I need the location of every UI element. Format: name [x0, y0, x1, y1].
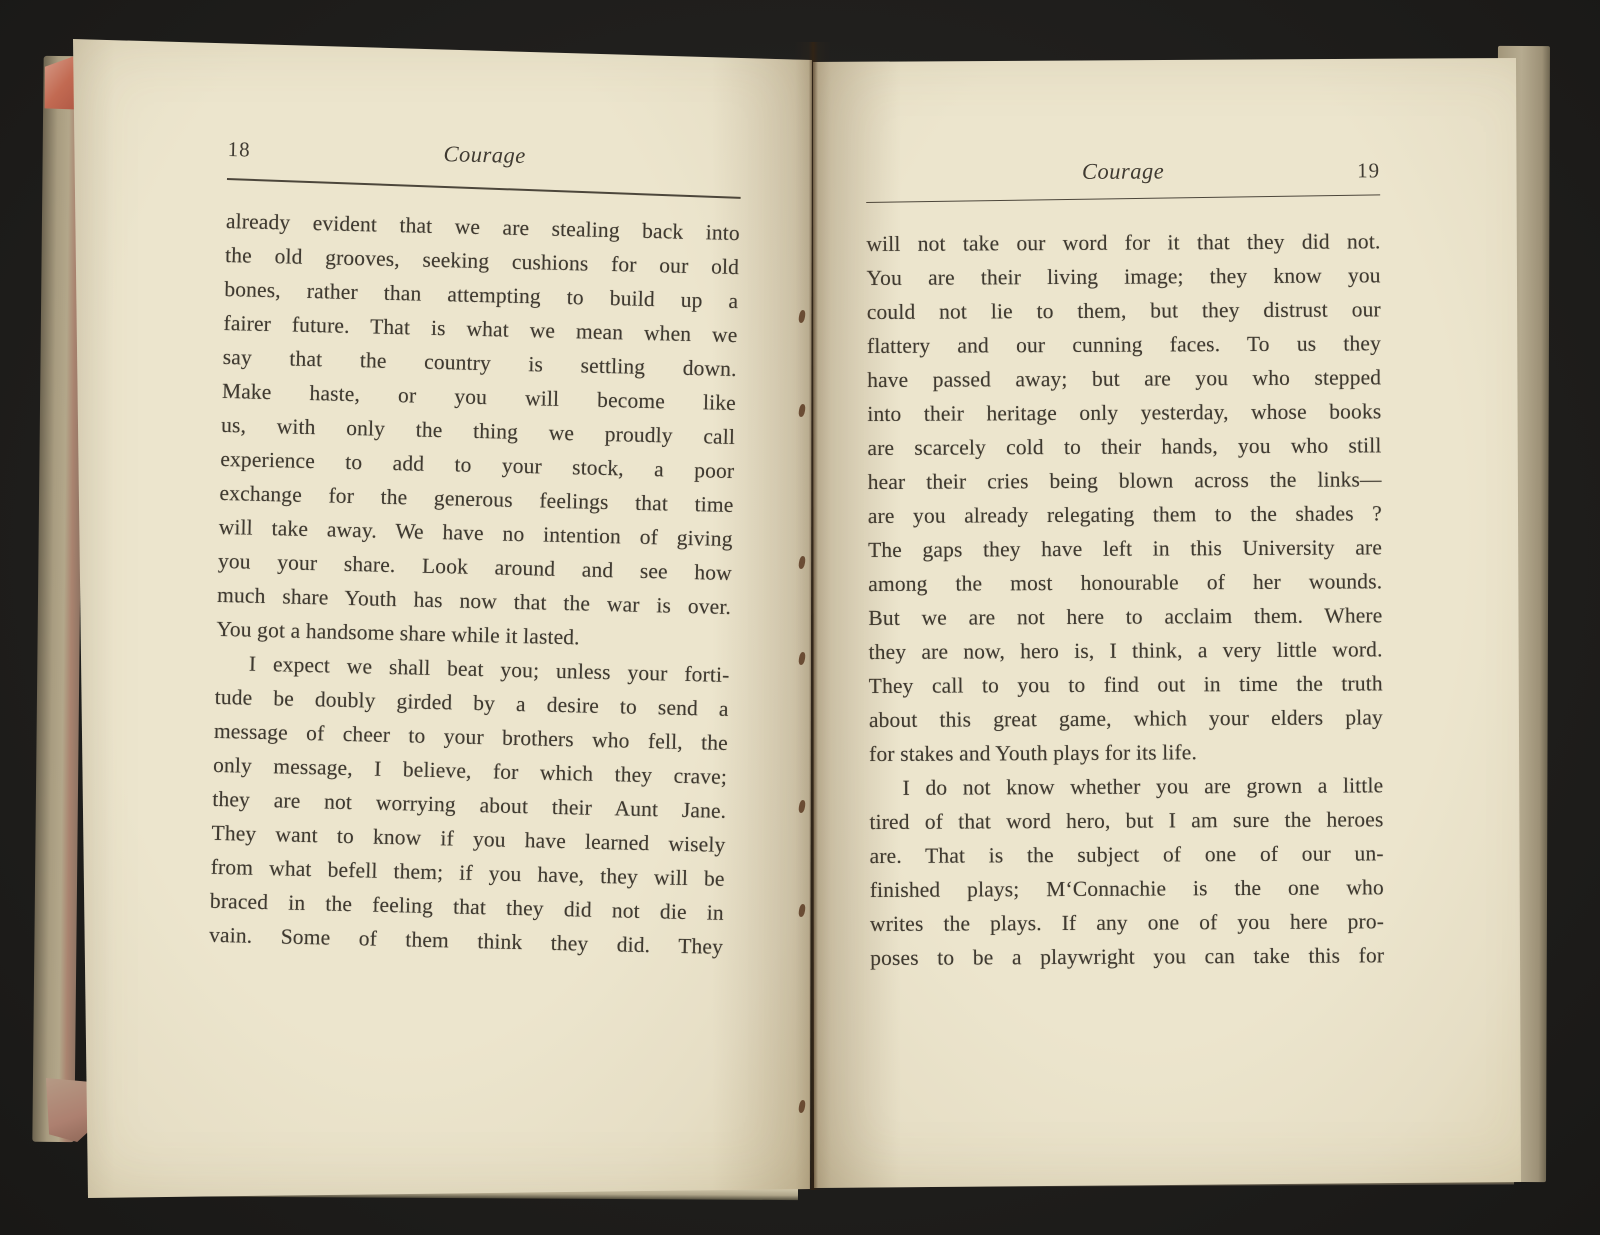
text-line: have passed away; but are you who steppe…: [867, 360, 1381, 397]
text-line: will not take our word for it that they …: [866, 224, 1380, 261]
text-line: You are their living image; they know yo…: [867, 258, 1381, 295]
text-line: The gaps they have left in this Universi…: [868, 530, 1382, 567]
text-line: into their heritage only yesterday, whos…: [867, 394, 1381, 431]
left-page-content: 18 Courage already evident that we are s…: [209, 136, 742, 964]
text-line: They call to you to find out in time the…: [869, 666, 1383, 703]
text-line: tired of that word hero, but I am sure t…: [869, 802, 1383, 839]
text-line: flattery and our cunning faces. To us th…: [867, 326, 1381, 363]
text-line: about this great game, which your elders…: [869, 700, 1383, 737]
right-text-block: will not take our word for it that they …: [866, 224, 1384, 975]
text-line: finished plays; M‘Connachie is the one w…: [870, 870, 1384, 907]
text-line: I do not know whether you are grown a li…: [869, 768, 1383, 805]
text-line: are you already relegating them to the s…: [868, 496, 1382, 533]
text-line: are scarcely cold to their hands, you wh…: [867, 428, 1381, 465]
text-line: among the most honourable of her wounds.: [868, 564, 1382, 601]
text-line: are. That is the subject of one of our u…: [870, 836, 1384, 873]
left-header-title: Courage: [399, 140, 571, 170]
book-gutter: [795, 42, 831, 1190]
right-header-title: Courage: [1037, 158, 1208, 185]
text-line: for stakes and Youth plays for its life.: [869, 734, 1383, 771]
left-page-number: 18: [227, 137, 399, 166]
right-page: Courage 19 will not take our word for it…: [812, 48, 1554, 1190]
right-page-number: 19: [1209, 158, 1380, 184]
left-page: 18 Courage already evident that we are s…: [70, 34, 816, 1200]
text-line: they are now, hero is, I think, a very l…: [868, 632, 1382, 669]
text-line: could not lie to them, but they distrust…: [867, 292, 1381, 329]
text-line: poses to be a playwright you can take th…: [870, 938, 1384, 975]
right-page-content: Courage 19 will not take our word for it…: [866, 157, 1384, 975]
text-line: hear their cries being blown across the …: [868, 462, 1382, 499]
right-running-header: Courage 19: [866, 157, 1380, 200]
text-line: But we are not here to acclaim them. Whe…: [868, 598, 1382, 635]
book-photo: 18 Courage already evident that we are s…: [0, 0, 1600, 1235]
left-text-block: already evident that we are stealing bac…: [209, 204, 740, 964]
text-line: writes the plays. If any one of you here…: [870, 904, 1384, 941]
